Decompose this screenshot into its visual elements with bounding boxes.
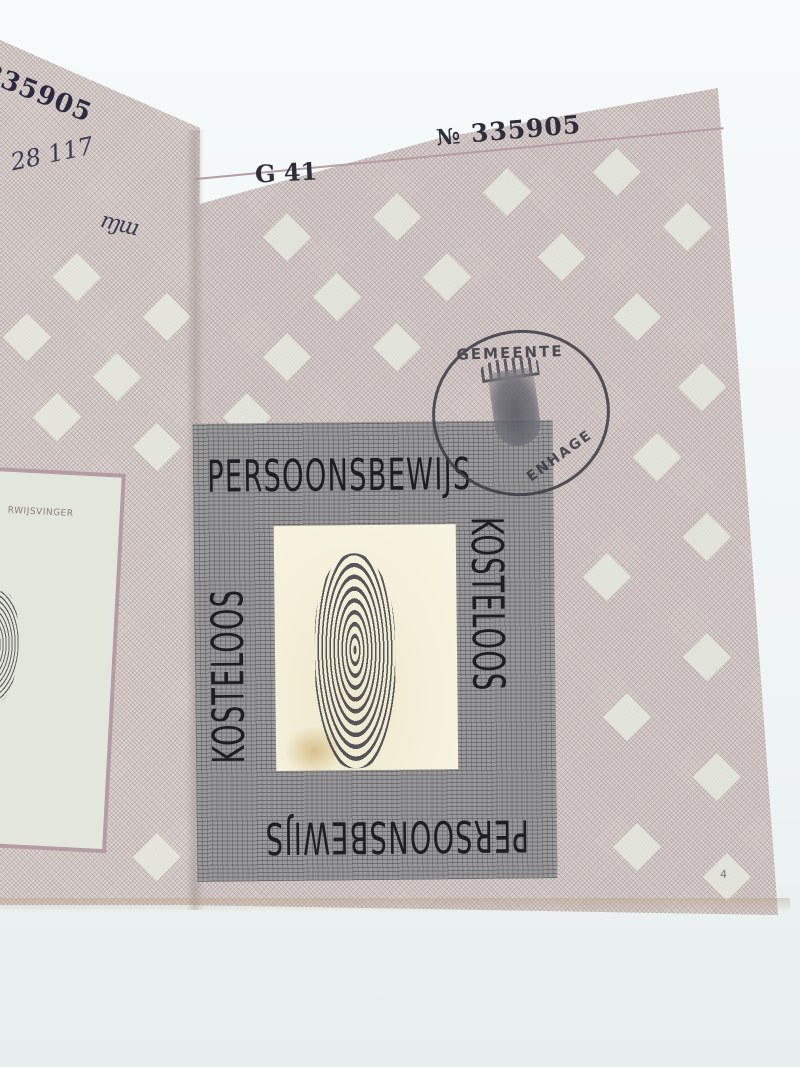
page-number: 4 (720, 868, 727, 881)
document-code: G 41 (254, 156, 318, 188)
panel-text-left: KOSTELOOS (202, 589, 255, 764)
fingerprint-window (274, 524, 459, 771)
fingerprint-icon (314, 553, 396, 769)
fingerprint-box-label: RWIJSVINGER (7, 506, 73, 519)
panel-text-top: PERSOONSBEWIJS (207, 449, 472, 503)
numero-sign: № (435, 123, 462, 151)
left-fingerprint (0, 591, 21, 703)
panel-text-right: KOSTELOOS (461, 517, 514, 692)
coat-of-arms-icon (487, 367, 543, 449)
page-bottom-edge (0, 898, 790, 912)
photo-scene: 335905 28 117 ɱɯ RWIJSVINGER G 41 №33590… (0, 0, 800, 1067)
panel-text-bottom: PERSOONSBEWIJS (264, 809, 529, 863)
left-fingerprint-box: RWIJSVINGER (0, 467, 126, 854)
